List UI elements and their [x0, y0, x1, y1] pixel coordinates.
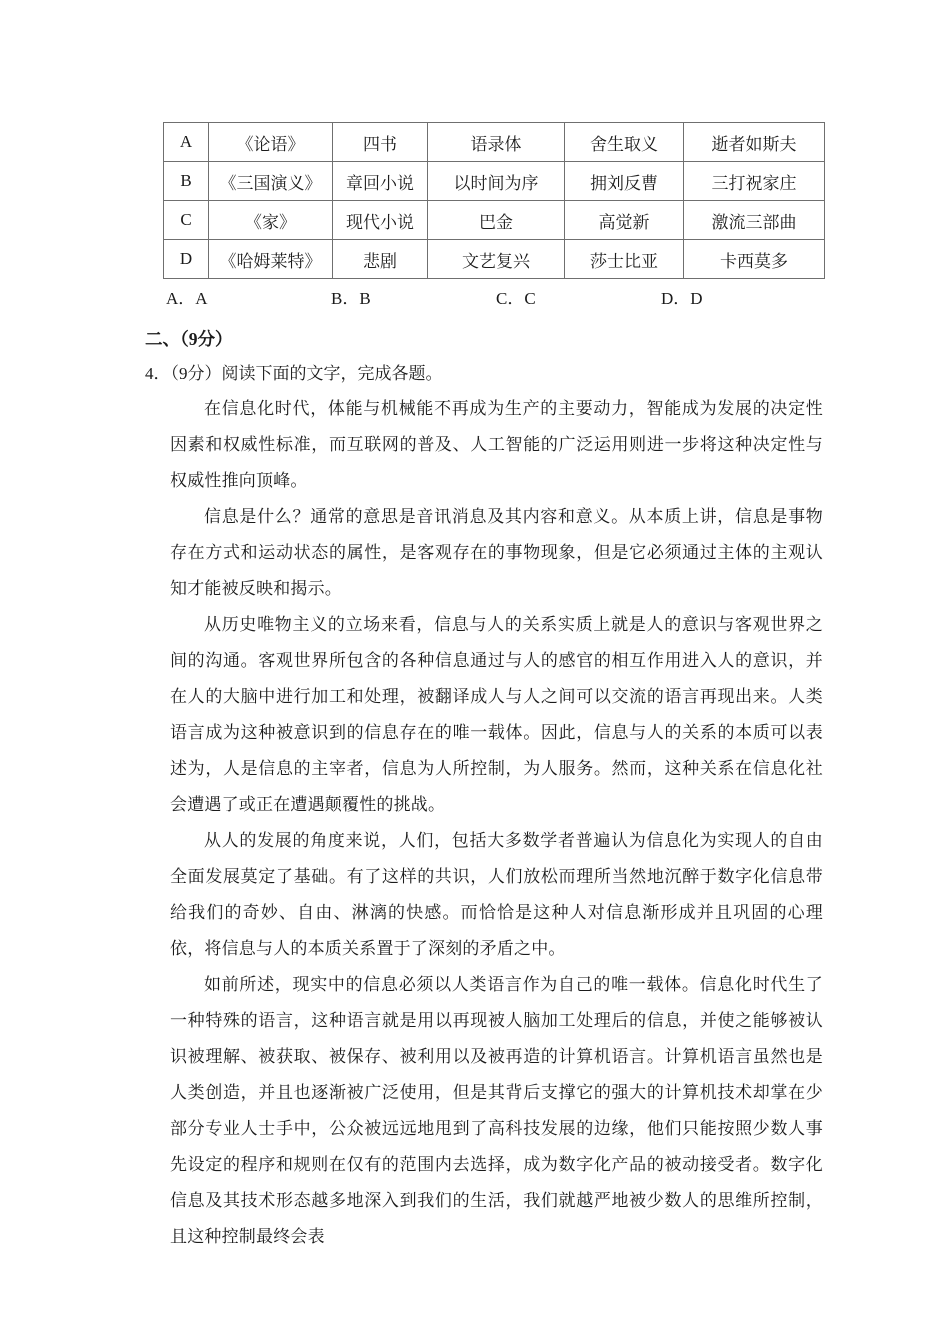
reading-passage: 在信息化时代，体能与机械能不再成为生产的主要动力，智能成为发展的决定性因素和权威… [170, 391, 823, 1255]
literature-knowledge-table: A 《论语》 四书 语录体 舍生取义 逝者如斯夫 B 《三国演义》 章回小说 以… [163, 122, 825, 279]
table-cell: 莎士比亚 [565, 240, 684, 279]
option-c: C．C [496, 289, 661, 309]
table-cell: 以时间为序 [428, 162, 565, 201]
table-row-a: A 《论语》 四书 语录体 舍生取义 逝者如斯夫 [164, 123, 825, 162]
option-a: A．A [166, 289, 331, 309]
row-label: A [164, 123, 209, 162]
table-cell: 《论语》 [209, 123, 333, 162]
table-cell: 《哈姆莱特》 [209, 240, 333, 279]
passage-paragraph-1: 在信息化时代，体能与机械能不再成为生产的主要动力，智能成为发展的决定性因素和权威… [170, 391, 823, 499]
table-row-d: D 《哈姆莱特》 悲剧 文艺复兴 莎士比亚 卡西莫多 [164, 240, 825, 279]
passage-paragraph-4: 从人的发展的角度来说，人们，包括大多数学者普遍认为信息化为实现人的自由全面发展莫… [170, 823, 823, 967]
section-heading: 二、（9分） [145, 328, 950, 350]
option-b: B．B [331, 289, 496, 309]
table-cell: 卡西莫多 [684, 240, 825, 279]
row-label: D [164, 240, 209, 279]
question-stem: 4．（9分）阅读下面的文字，完成各题。 [145, 363, 950, 385]
passage-paragraph-2: 信息是什么？通常的意思是音讯消息及其内容和意义。从本质上讲，信息是事物存在方式和… [170, 499, 823, 607]
table-cell: 章回小说 [333, 162, 428, 201]
row-label: C [164, 201, 209, 240]
table-row-b: B 《三国演义》 章回小说 以时间为序 拥刘反曹 三打祝家庄 [164, 162, 825, 201]
passage-paragraph-5: 如前所述，现实中的信息必须以人类语言作为自己的唯一载体。信息化时代生了一种特殊的… [170, 967, 823, 1255]
option-d: D．D [661, 289, 826, 309]
table-cell: 舍生取义 [565, 123, 684, 162]
table-cell: 《家》 [209, 201, 333, 240]
table-cell: 三打祝家庄 [684, 162, 825, 201]
passage-paragraph-3: 从历史唯物主义的立场来看，信息与人的关系实质上就是人的意识与客观世界之间的沟通。… [170, 607, 823, 823]
row-label: B [164, 162, 209, 201]
table-cell: 《三国演义》 [209, 162, 333, 201]
table-cell: 高觉新 [565, 201, 684, 240]
table-cell: 现代小说 [333, 201, 428, 240]
table-cell: 悲剧 [333, 240, 428, 279]
table-cell: 四书 [333, 123, 428, 162]
table-cell: 逝者如斯夫 [684, 123, 825, 162]
table-cell: 激流三部曲 [684, 201, 825, 240]
exam-page: { "document": { "table": { "rows": [ { "… [0, 0, 950, 1344]
table-cell: 拥刘反曹 [565, 162, 684, 201]
table-cell: 文艺复兴 [428, 240, 565, 279]
table-row-c: C 《家》 现代小说 巴金 高觉新 激流三部曲 [164, 201, 825, 240]
table-cell: 巴金 [428, 201, 565, 240]
table-cell: 语录体 [428, 123, 565, 162]
answer-options-row: A．A B．B C．C D．D [166, 289, 826, 309]
